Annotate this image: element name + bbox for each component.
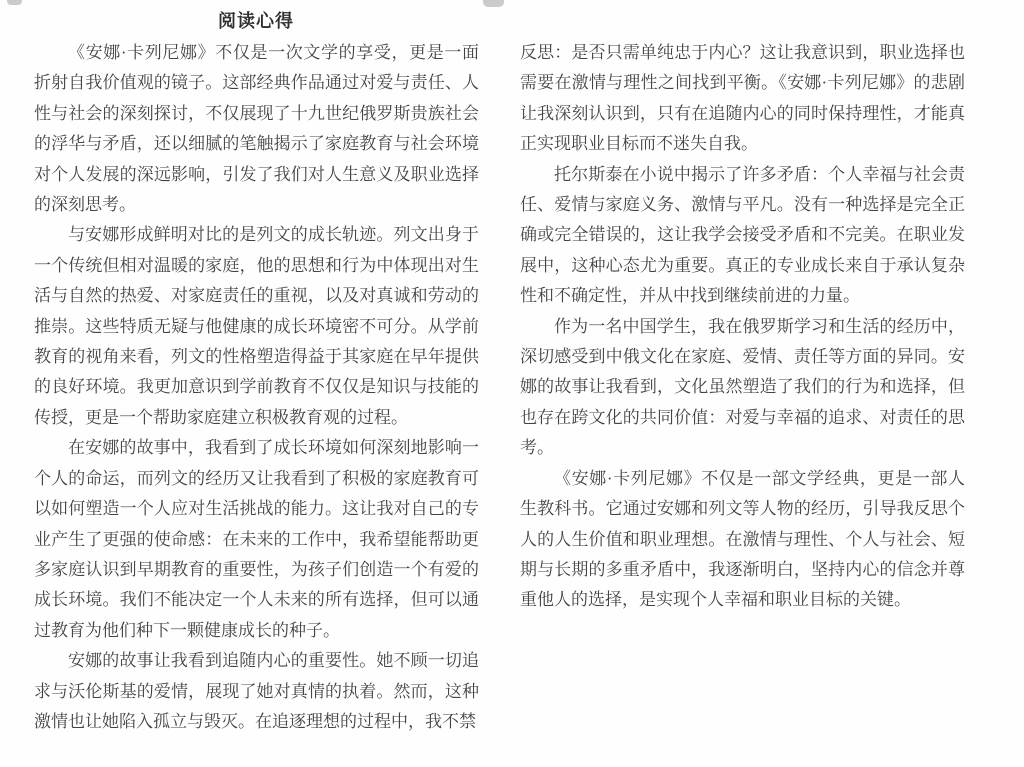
page-title: 阅读心得 xyxy=(34,7,478,33)
paragraph-anna-heart-continued: 反思：是否只需单纯忠于内心？这让我意识到，职业选择也需要在激情与理性之间找到平衡… xyxy=(520,38,965,160)
scan-edge-artifact-center xyxy=(483,0,504,7)
right-text-column: 反思：是否只需单纯忠于内心？这让我意识到，职业选择也需要在激情与理性之间找到平衡… xyxy=(520,38,965,616)
paragraph-levin-contrast: 与安娜形成鲜明对比的是列文的成长轨迹。列文出身于一个传统但相对温暖的家庭，他的思… xyxy=(34,220,479,433)
paragraph-anna-heart: 安娜的故事让我看到追随内心的重要性。她不顾一切追求与沃伦斯基的爱情，展现了她对真… xyxy=(34,646,479,737)
paragraph-chinese-student: 作为一名中国学生，我在俄罗斯学习和生活的经历中，深切感受到中俄文化在家庭、爱情、… xyxy=(520,312,965,464)
paragraph-growth-environment: 在安娜的故事中，我看到了成长环境如何深刻地影响一个人的命运，而列文的经历又让我看… xyxy=(34,433,479,646)
left-text-column: 《安娜·卡列尼娜》不仅是一次文学的享受，更是一面折射自我价值观的镜子。这部经典作… xyxy=(34,38,479,737)
paragraph-tolstoy-contradictions: 托尔斯泰在小说中揭示了许多矛盾：个人幸福与社会责任、爱情与家庭义务、激情与平凡。… xyxy=(520,160,965,312)
paragraph-conclusion: 《安娜·卡列尼娜》不仅是一部文学经典，更是一部人生教科书。它通过安娜和列文等人物… xyxy=(520,464,965,616)
paragraph-intro: 《安娜·卡列尼娜》不仅是一次文学的享受，更是一面折射自我价值观的镜子。这部经典作… xyxy=(34,38,479,220)
scan-edge-artifact-left xyxy=(7,0,22,5)
document-page: 阅读心得 《安娜·卡列尼娜》不仅是一次文学的享受，更是一面折射自我价值观的镜子。… xyxy=(0,0,1024,767)
